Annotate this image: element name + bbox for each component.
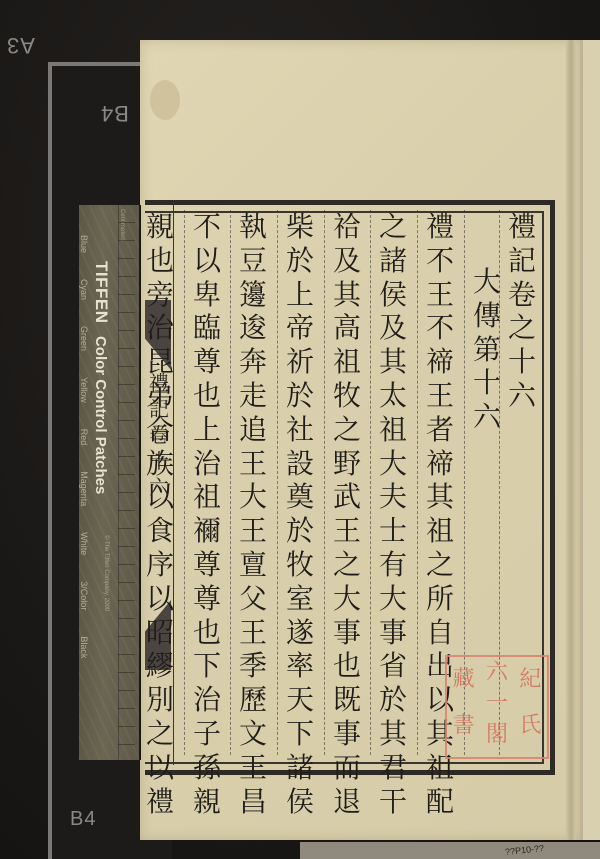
character: 大: [239, 480, 267, 514]
character: 君: [379, 751, 407, 785]
text-column: 執豆籩逡奔走追王大王亶父王季歷文王昌: [236, 210, 270, 818]
character: 父: [239, 582, 267, 616]
character: 之: [426, 548, 454, 582]
character: 王: [239, 447, 267, 481]
character: 帝: [286, 311, 314, 345]
character: 執: [239, 210, 267, 244]
character: 事: [333, 717, 361, 751]
character: 諸: [379, 244, 407, 278]
character: 也: [193, 379, 221, 413]
character: 之: [333, 413, 361, 447]
character: 不: [193, 210, 221, 244]
character: 治: [193, 447, 221, 481]
character: 於: [286, 379, 314, 413]
character: 及: [333, 244, 361, 278]
character: 弟: [146, 379, 174, 413]
tiffen-product-name: Color Control Patches: [92, 336, 109, 494]
character: 之: [508, 311, 536, 345]
column-rule: [417, 210, 418, 755]
character: 事: [333, 616, 361, 650]
character: 奠: [286, 480, 314, 514]
character: 昭: [146, 616, 174, 650]
character: 不: [426, 244, 454, 278]
character: 十: [473, 366, 501, 400]
character: 王: [239, 616, 267, 650]
character: 記: [508, 244, 536, 278]
column-rule: [324, 210, 325, 755]
character: 禮: [146, 785, 174, 819]
character: 禮: [426, 210, 454, 244]
patch-labels: Blue Cyan Green Yellow Red Magenta White…: [79, 235, 89, 658]
character: 士: [379, 514, 407, 548]
character: 大: [333, 582, 361, 616]
tiffen-title: TIFFEN Color Control Patches: [91, 261, 111, 494]
character: 卷: [508, 278, 536, 312]
character: 孫: [193, 751, 221, 785]
character: 侯: [286, 785, 314, 819]
column-rule: [184, 210, 185, 755]
text-column: 禮記卷之十六: [505, 210, 539, 413]
character: 祖: [193, 480, 221, 514]
character: 祖: [426, 514, 454, 548]
character: 大: [473, 265, 501, 299]
character: 也: [146, 244, 174, 278]
character: 大: [379, 582, 407, 616]
character: 於: [379, 683, 407, 717]
character: 之: [379, 210, 407, 244]
character: 禘: [426, 345, 454, 379]
character: 走: [239, 379, 267, 413]
character: 下: [286, 717, 314, 751]
character: 親: [146, 210, 174, 244]
board-label-b4-bottom: B4: [70, 808, 96, 831]
character: 既: [333, 683, 361, 717]
tiffen-logo: TIFFEN: [92, 261, 111, 324]
character: 祖: [379, 413, 407, 447]
text-column: 柴於上帝祈於社設奠於牧室遂率天下諸侯: [283, 210, 317, 818]
character: 六: [473, 400, 501, 434]
character: 上: [286, 278, 314, 312]
character: 籩: [239, 278, 267, 312]
character: 祖: [333, 345, 361, 379]
text-column: 祫及其高祖牧之野武王之大事也既事而退: [330, 210, 364, 818]
character: 武: [333, 480, 361, 514]
character: 歷: [239, 683, 267, 717]
tiffen-copyright: © The Tiffen Company, 2000: [103, 535, 109, 611]
character: 社: [286, 413, 314, 447]
character: 率: [286, 649, 314, 683]
character: 別: [146, 683, 174, 717]
character: 合: [146, 413, 174, 447]
character: 臨: [193, 311, 221, 345]
character: 十: [508, 345, 536, 379]
character: 旁: [146, 278, 174, 312]
character: 牧: [333, 379, 361, 413]
character: 也: [193, 616, 221, 650]
character: 上: [193, 413, 221, 447]
text-column: 之諸侯及其太祖大夫士有大事省於其君干: [376, 210, 410, 818]
centimeter-ruler: [118, 205, 135, 760]
character: 於: [286, 514, 314, 548]
character: 六: [508, 379, 536, 413]
character: 夫: [379, 480, 407, 514]
seal-column-left: 藏 書: [447, 657, 480, 757]
text-column: 不以卑臨尊也上治祖禰尊尊也下治子孫親: [190, 210, 224, 818]
text-column: 親也旁治昆弟合族以食序以昭繆別之以禮: [143, 210, 177, 818]
character: 以: [146, 582, 174, 616]
character: 尊: [193, 548, 221, 582]
character: 柴: [286, 210, 314, 244]
character: 治: [146, 311, 174, 345]
tiffen-color-strip: Blue Cyan Green Yellow Red Magenta White…: [79, 205, 139, 760]
character: 大: [379, 447, 407, 481]
character: 子: [193, 717, 221, 751]
board-label-a3: A3: [6, 32, 35, 58]
character: 退: [333, 785, 361, 819]
column-rule: [370, 210, 371, 755]
character: 也: [333, 649, 361, 683]
character: 祫: [333, 210, 361, 244]
character: 王: [333, 514, 361, 548]
character: 設: [286, 447, 314, 481]
paper-stain: [150, 80, 180, 120]
character: 野: [333, 447, 361, 481]
character: 而: [333, 751, 361, 785]
collector-seal: 藏 書 六 一 閣 紀 氏: [445, 655, 549, 759]
character: 之: [333, 548, 361, 582]
character: 王: [239, 514, 267, 548]
character: 所: [426, 582, 454, 616]
character: 遂: [286, 616, 314, 650]
character: 祈: [286, 345, 314, 379]
character: 禰: [193, 514, 221, 548]
character: 之: [146, 717, 174, 751]
character: 尊: [193, 582, 221, 616]
character: 干: [379, 785, 407, 819]
character: 其: [379, 717, 407, 751]
right-page-edge: [580, 40, 600, 840]
character: 高: [333, 311, 361, 345]
character: 亶: [239, 548, 267, 582]
character: 昆: [146, 345, 174, 379]
character: 自: [426, 616, 454, 650]
character: 牧: [286, 548, 314, 582]
character: 配: [426, 785, 454, 819]
character: 第: [473, 333, 501, 367]
character: 族: [146, 447, 174, 481]
character: 禮: [508, 210, 536, 244]
character: 以: [146, 751, 174, 785]
character: 昌: [239, 785, 267, 819]
page-fold: [566, 40, 576, 840]
character: 其: [379, 345, 407, 379]
character: 王: [239, 751, 267, 785]
character: 序: [146, 548, 174, 582]
character: 及: [379, 311, 407, 345]
character: 天: [286, 683, 314, 717]
character: 諸: [286, 751, 314, 785]
character: 文: [239, 717, 267, 751]
character: 有: [379, 548, 407, 582]
character: 追: [239, 413, 267, 447]
character: 下: [193, 649, 221, 683]
character: 季: [239, 649, 267, 683]
underlying-page: [300, 842, 600, 859]
character: 事: [379, 616, 407, 650]
character: 逡: [239, 311, 267, 345]
character: 其: [333, 278, 361, 312]
character: 王: [426, 379, 454, 413]
character: 親: [193, 785, 221, 819]
character: 其: [426, 480, 454, 514]
character: 奔: [239, 345, 267, 379]
character: 省: [379, 649, 407, 683]
character: 以: [193, 244, 221, 278]
character: 不: [426, 311, 454, 345]
character: 豆: [239, 244, 267, 278]
character: 尊: [193, 345, 221, 379]
column-rule: [230, 210, 231, 755]
text-column: 大傳第十六: [470, 265, 504, 434]
character: 以: [146, 480, 174, 514]
character: 室: [286, 582, 314, 616]
character: 禘: [426, 447, 454, 481]
board-label-b4-top: B4: [100, 100, 129, 126]
character: 卑: [193, 278, 221, 312]
column-rule: [277, 210, 278, 755]
seal-column-middle: 六 一 閣: [480, 657, 513, 757]
seal-column-right: 紀 氏: [514, 657, 547, 757]
character: 傳: [473, 299, 501, 333]
character: 治: [193, 683, 221, 717]
character: 侯: [379, 278, 407, 312]
character: 王: [426, 278, 454, 312]
character: 者: [426, 413, 454, 447]
character: 繆: [146, 649, 174, 683]
character: 於: [286, 244, 314, 278]
character: 太: [379, 379, 407, 413]
character: 食: [146, 514, 174, 548]
